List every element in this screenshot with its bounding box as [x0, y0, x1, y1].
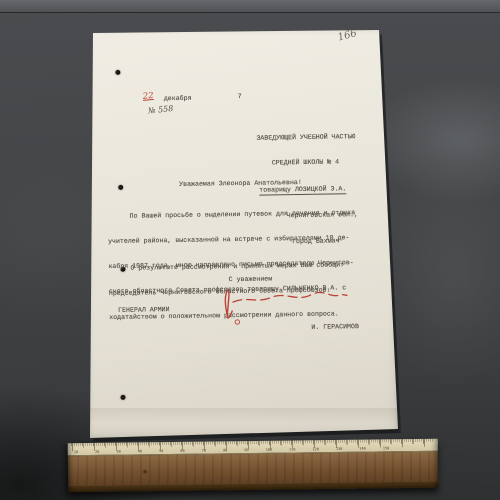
addressee-block: ЗАВЕДУЮЩЕЙ УЧЕБНОЙ ЧАСТЬЮ СРЕДНЕЙ ШКОЛЫ … [256, 116, 359, 263]
document-paper: 166 22 декабря 7 № 558 ЗАВЕДУЮЩЕЙ УЧЕБНО… [88, 28, 400, 440]
outgoing-number-handwritten: № 558 [148, 104, 174, 116]
signer-rank: ГЕНЕРАЛ АРМИИ [118, 306, 170, 315]
punch-hole [120, 267, 125, 272]
wood-knot [142, 469, 148, 474]
punch-hole [115, 70, 120, 75]
body-paragraph-2: О результате рассмотрения и принятых мер… [108, 244, 345, 315]
salutation: Уважаемая Элеонора Анатольевна! [179, 179, 302, 189]
photo-scene: 166 22 декабря 7 № 558 ЗАВЕДУЮЩЕЙ УЧЕБНО… [0, 0, 500, 500]
punch-hole [118, 185, 123, 190]
body-line: кабря 1987 года, мною направлено письмо … [108, 259, 356, 271]
body-line: председатель Черниговского областного Со… [109, 286, 345, 298]
wooden-ruler: 10 20 30 40 50 60 70 80 90 100 110 120 1… [68, 439, 439, 493]
paper-crease [88, 408, 400, 422]
ruler-scale-strip: 10 20 30 40 50 60 70 80 90 100 110 120 1… [68, 439, 438, 457]
addressee-name-underlined: товарищу ЛОЗИЦКОЙ Э.А. [259, 185, 357, 195]
addressee-city: город Бахмач [292, 237, 358, 246]
page-number-handwritten: 166 [337, 28, 358, 44]
closing-phrase: С уважением [229, 275, 273, 284]
date-month-typed: декабря [164, 95, 192, 104]
body-paragraph-1: По Вашей просьбе о выделении путевок для… [107, 192, 357, 339]
body-line: ходатайством о положительном рассмотрени… [109, 310, 357, 322]
body-line: О результате рассмотрения и принятых мер… [108, 261, 344, 273]
page-content: 166 22 декабря 7 № 558 ЗАВЕДУЮЩЕЙ УЧЕБНО… [85, 25, 403, 442]
ruler-numbers: 10 20 30 40 50 60 70 80 90 100 110 120 1… [74, 446, 432, 455]
date-day-red-ink: 22 [142, 91, 154, 102]
addressee-region: Черниговская обл., [287, 212, 358, 222]
signer-name: И. ГЕРАСИМОВ [311, 323, 359, 332]
body-line: По Вашей просьбе о выделении путевок для… [108, 209, 356, 221]
desk-edge [0, 0, 500, 13]
ruler-bottom-edge [68, 482, 438, 493]
body-line: учителей района, высказанной на встрече … [108, 234, 356, 246]
signature-red-ink [213, 278, 359, 328]
date-year-digit: 7 [238, 93, 242, 101]
addressee-line: ЗАВЕДУЮЩЕЙ УЧЕБНОЙ ЧАСТЬЮ [256, 133, 356, 143]
body-line: ского областного Совета профсоюзов товар… [109, 285, 357, 297]
addressee-line: СРЕДНЕЙ ШКОЛЫ № 4 [272, 158, 357, 168]
punch-hole [120, 395, 125, 400]
ruler-wood-body [68, 452, 438, 487]
